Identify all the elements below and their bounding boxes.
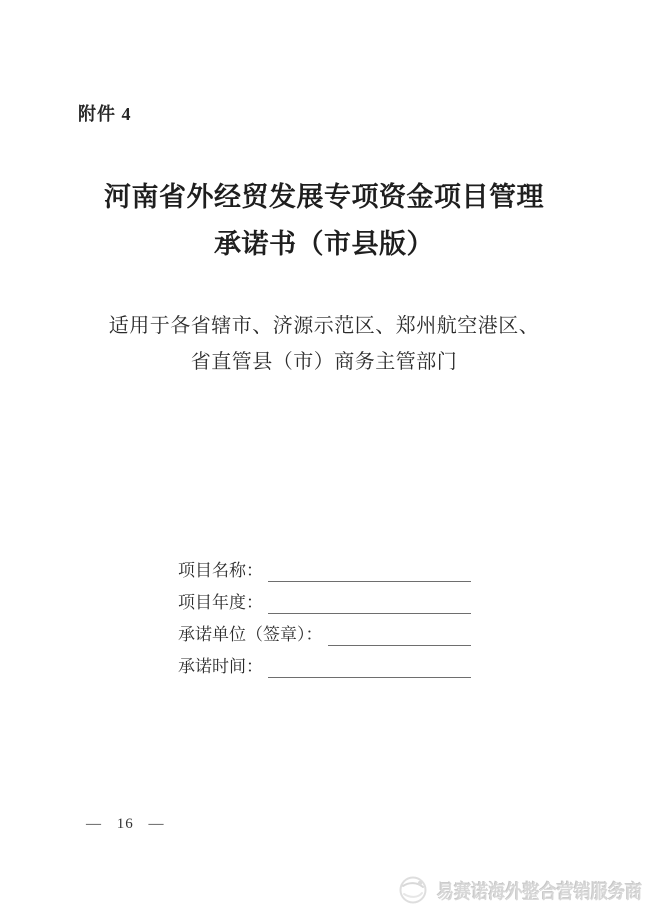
page-number: — 16 — [86, 816, 165, 833]
commitment-unit-label: 承诺单位（签章）： [178, 624, 328, 646]
document-title-line-2: 承诺书（市县版） [0, 221, 648, 268]
project-year-fill-line [268, 593, 471, 614]
document-title: 河南省外经贸发展专项资金项目管理 承诺书（市县版） [0, 174, 648, 268]
commitment-date-label: 承诺时间： [178, 656, 268, 678]
footer-watermark: 易赛诺海外整合营销服务商 [396, 873, 648, 907]
project-name-label: 项目名称： [178, 560, 268, 582]
document-title-line-1: 河南省外经贸发展专项资金项目管理 [0, 174, 648, 221]
document-page: 附件 4 河南省外经贸发展专项资金项目管理 承诺书（市县版） 适用于各省辖市、济… [0, 0, 648, 921]
commitment-date-fill-line [268, 657, 471, 678]
form-row-project-year: 项目年度： [178, 582, 471, 614]
form-fields-block: 项目名称： 项目年度： 承诺单位（签章）： 承诺时间： [178, 550, 471, 678]
watermark-text: 易赛诺海外整合营销服务商 [437, 877, 642, 904]
yisainuo-logo-icon [396, 873, 430, 907]
form-row-commitment-date: 承诺时间： [178, 646, 471, 678]
form-row-commitment-unit: 承诺单位（签章）： [178, 614, 471, 646]
commitment-unit-fill-line [328, 625, 472, 646]
project-name-fill-line [268, 561, 471, 582]
attachment-label: 附件 4 [78, 100, 132, 126]
project-year-label: 项目年度： [178, 592, 268, 614]
form-row-project-name: 项目名称： [178, 550, 471, 582]
document-subtitle-line-2: 省直管县（市）商务主管部门 [0, 344, 648, 380]
document-subtitle: 适用于各省辖市、济源示范区、郑州航空港区、 省直管县（市）商务主管部门 [0, 308, 648, 380]
document-subtitle-line-1: 适用于各省辖市、济源示范区、郑州航空港区、 [0, 308, 648, 344]
